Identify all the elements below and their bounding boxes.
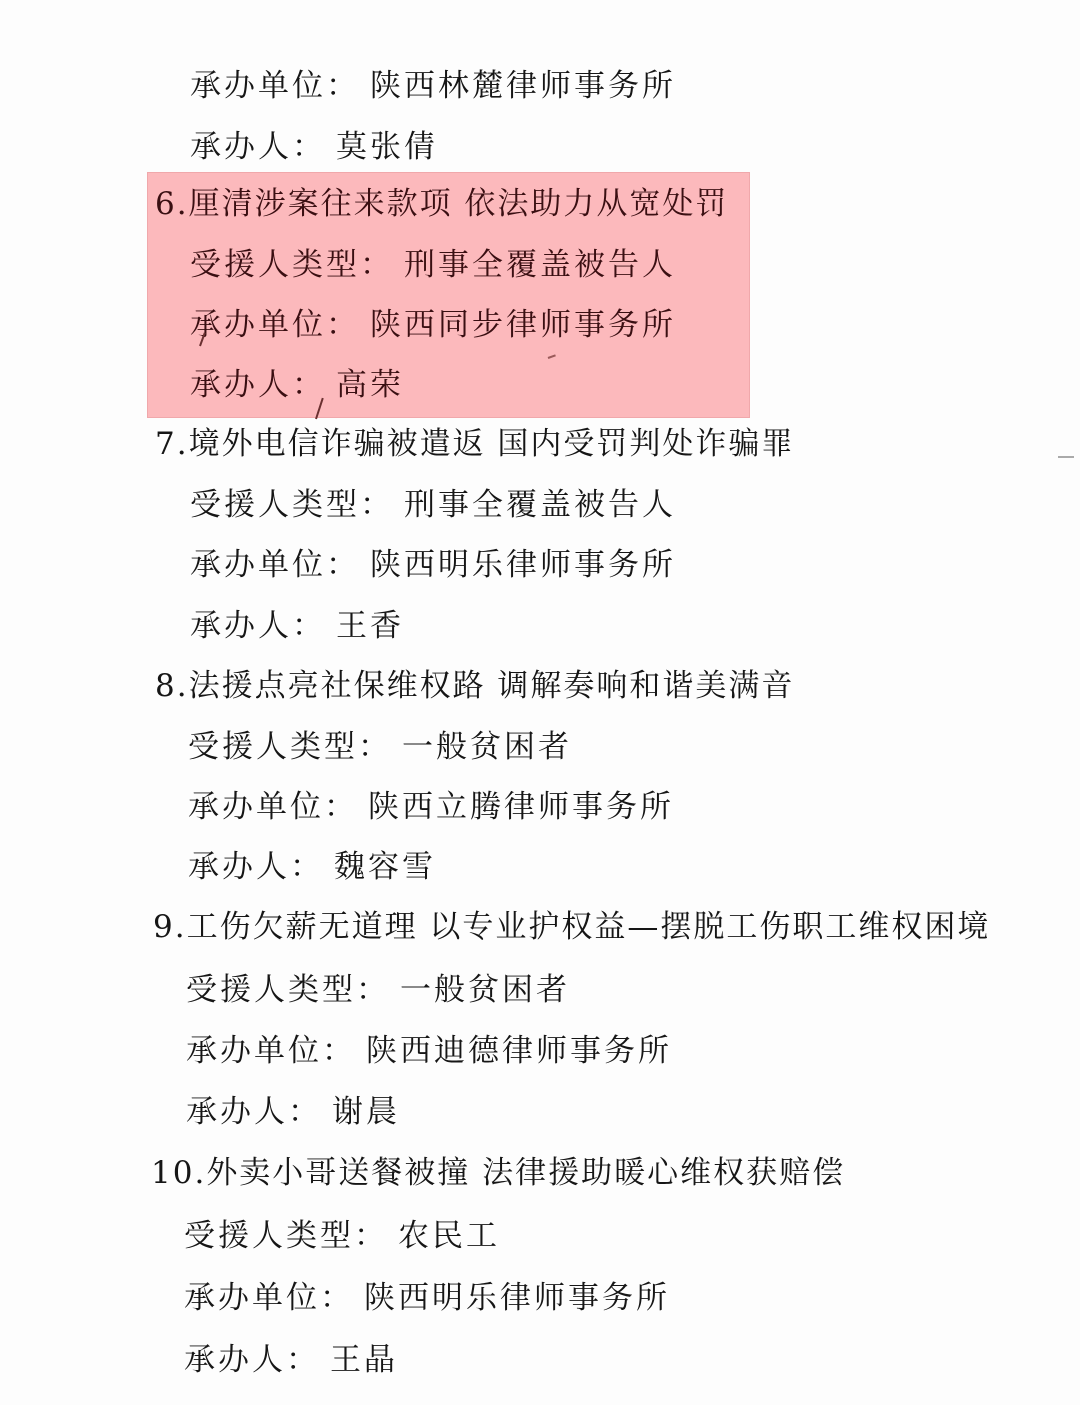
unit-label: 承办单位: [186, 1033, 322, 1069]
unit-value: 陕西明乐律师事务所: [364, 1280, 670, 1316]
case-number: 10.: [151, 1155, 206, 1191]
case-title: 外卖小哥送餐被撞 法律援助暖心维权获赔偿: [206, 1155, 845, 1191]
colon: ：: [320, 1280, 354, 1316]
case-10-unit-line: 承办单位：陕西明乐律师事务所: [184, 1278, 670, 1318]
case-number: 9.: [153, 909, 187, 945]
unit-label: 承办单位: [188, 789, 324, 825]
case-6-handler-line: 承办人：高荣: [190, 365, 404, 405]
unit-value: 陕西同步律师事务所: [370, 307, 676, 343]
handler-value: 谢晨: [332, 1094, 400, 1130]
handler-value: 王香: [336, 608, 404, 644]
unit-label: 承办单位: [190, 68, 326, 104]
case-10-recipient-line: 受援人类型：农民工: [184, 1216, 500, 1256]
unit-value: 陕西迪德律师事务所: [366, 1033, 672, 1069]
case-8-unit-line: 承办单位：陕西立腾律师事务所: [188, 787, 674, 827]
recipient-type-value: 一般贫困者: [402, 729, 572, 765]
case-9-handler-line: 承办人：谢晨: [186, 1092, 400, 1132]
colon: ：: [288, 1094, 322, 1130]
case-9-title-line: 9.工伤欠薪无道理 以专业护权益—摆脱工伤职工维权困境: [153, 907, 990, 947]
handler-value: 魏容雪: [334, 849, 436, 885]
unit-label: 承办单位: [190, 547, 326, 583]
recipient-type-value: 刑事全覆盖被告人: [404, 487, 676, 523]
handler-label: 承办人: [190, 608, 292, 644]
recipient-type-value: 一般贫困者: [400, 972, 570, 1008]
colon: ：: [322, 1033, 356, 1069]
case-title: 工伤欠薪无道理 以专业护权益—摆脱工伤职工维权困境: [187, 909, 991, 945]
recipient-type-label: 受援人类型: [186, 972, 356, 1008]
document-page: 承办单位：陕西林麓律师事务所 承办人：莫张倩 6.厘清涉案往来款项 依法助力从宽…: [0, 0, 1080, 1405]
handler-label: 承办人: [190, 129, 292, 165]
case-8-title-line: 8.法援点亮社保维权路 调解奏响和谐美满音: [155, 666, 794, 706]
colon: ：: [326, 307, 360, 343]
recipient-type-value: 刑事全覆盖被告人: [404, 247, 676, 283]
colon: ：: [290, 849, 324, 885]
handler-value: 王晶: [330, 1342, 398, 1378]
case-title: 境外电信诈骗被遣返 国内受罚判处诈骗罪: [189, 426, 795, 462]
case-7-recipient-line: 受援人类型：刑事全覆盖被告人: [190, 485, 676, 525]
handler-label: 承办人: [186, 1094, 288, 1130]
case-7-title-line: 7.境外电信诈骗被遣返 国内受罚判处诈骗罪: [155, 424, 794, 464]
case-5-unit: 陕西林麓律师事务所: [370, 68, 676, 104]
case-number: 8.: [155, 668, 189, 704]
case-title: 厘清涉案往来款项 依法助力从宽处罚: [189, 186, 729, 222]
handler-label: 承办人: [188, 849, 290, 885]
recipient-type-label: 受援人类型: [184, 1218, 354, 1254]
colon: ：: [360, 487, 394, 523]
case-7-handler-line: 承办人：王香: [190, 606, 404, 646]
case-9-unit-line: 承办单位：陕西迪德律师事务所: [186, 1031, 672, 1071]
case-title: 法援点亮社保维权路 调解奏响和谐美满音: [189, 668, 795, 704]
colon: ：: [360, 247, 394, 283]
colon: ：: [292, 608, 326, 644]
colon: ：: [326, 68, 360, 104]
recipient-type-value: 农民工: [398, 1218, 500, 1254]
case-5-unit-line: 承办单位：陕西林麓律师事务所: [190, 66, 676, 106]
case-10-title-line: 10.外卖小哥送餐被撞 法律援助暖心维权获赔偿: [151, 1153, 845, 1193]
colon: ：: [292, 129, 326, 165]
colon: ：: [324, 789, 358, 825]
handler-value: 高荣: [336, 367, 404, 403]
unit-value: 陕西明乐律师事务所: [370, 547, 676, 583]
colon: ：: [356, 972, 390, 1008]
recipient-type-label: 受援人类型: [190, 487, 360, 523]
case-8-handler-line: 承办人：魏容雪: [188, 847, 436, 887]
unit-label: 承办单位: [184, 1280, 320, 1316]
colon: ：: [286, 1342, 320, 1378]
unit-label: 承办单位: [190, 307, 326, 343]
case-number: 6.: [155, 186, 189, 222]
case-6-title-line: 6.厘清涉案往来款项 依法助力从宽处罚: [155, 184, 728, 224]
handler-label: 承办人: [190, 367, 292, 403]
case-8-recipient-line: 受援人类型：一般贫困者: [188, 727, 572, 767]
unit-value: 陕西立腾律师事务所: [368, 789, 674, 825]
scan-mark: [1058, 456, 1074, 458]
case-10-handler-line: 承办人：王晶: [184, 1340, 398, 1380]
colon: ：: [354, 1218, 388, 1254]
colon: ：: [326, 547, 360, 583]
colon: ：: [358, 729, 392, 765]
case-7-unit-line: 承办单位：陕西明乐律师事务所: [190, 545, 676, 585]
recipient-type-label: 受援人类型: [190, 247, 360, 283]
case-5-handler: 莫张倩: [336, 129, 438, 165]
case-6-unit-line: 承办单位：陕西同步律师事务所: [190, 305, 676, 345]
case-5-handler-line: 承办人：莫张倩: [190, 127, 438, 167]
case-6-recipient-line: 受援人类型：刑事全覆盖被告人: [190, 245, 676, 285]
recipient-type-label: 受援人类型: [188, 729, 358, 765]
handler-label: 承办人: [184, 1342, 286, 1378]
case-9-recipient-line: 受援人类型：一般贫困者: [186, 970, 570, 1010]
case-number: 7.: [155, 426, 189, 462]
